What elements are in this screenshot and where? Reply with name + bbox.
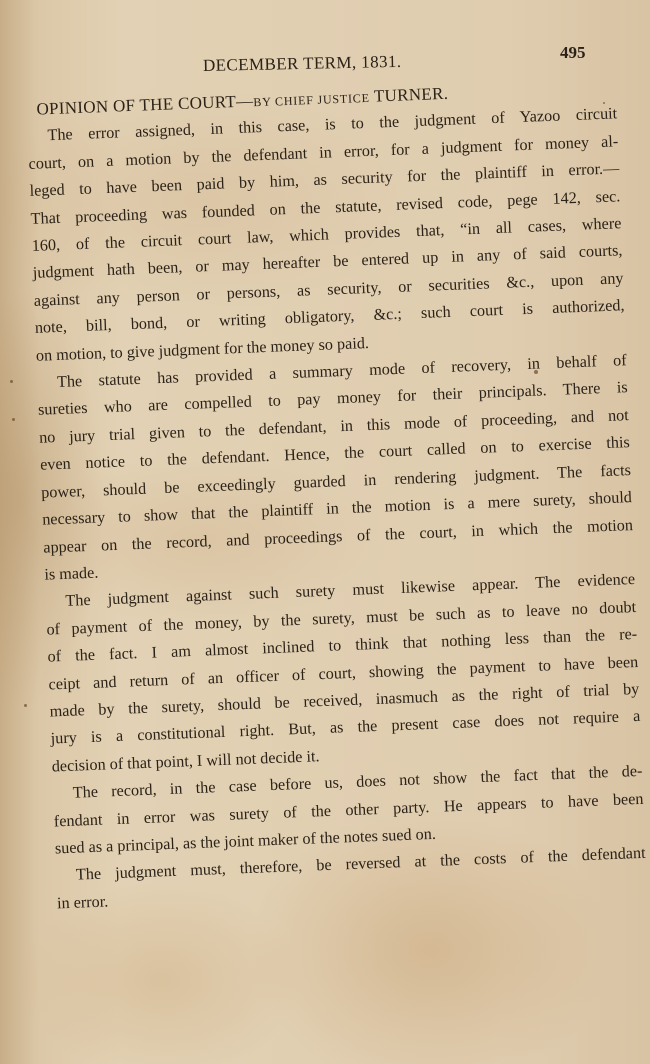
opinion-heading-name: TURNER. — [374, 84, 449, 106]
foxing-speck — [534, 370, 538, 374]
foxing-speck — [12, 418, 15, 421]
paragraph-2: The statute has provided a summary mode … — [37, 347, 635, 589]
running-title: DECEMBER TERM, 1831. — [203, 52, 402, 76]
foxing-speck — [603, 102, 605, 104]
opinion-heading-by: BY CHIEF JUSTICE — [253, 91, 370, 109]
foxing-speck — [24, 704, 27, 707]
opinion-heading-main: OPINION OF THE COURT— — [36, 91, 254, 118]
page-number: 495 — [560, 43, 586, 63]
running-head: DECEMBER TERM, 1831. 495 — [0, 48, 650, 78]
scanned-page: DECEMBER TERM, 1831. 495 OPINION OF THE … — [0, 0, 650, 1064]
foxing-speck — [10, 380, 13, 383]
opinion-body: OPINION OF THE COURT—BY CHIEF JUSTICE TU… — [26, 73, 647, 917]
paragraph-1: The error assigned, in this case, is to … — [27, 101, 626, 370]
paragraph-3: The judgment against such surety must li… — [45, 566, 642, 780]
